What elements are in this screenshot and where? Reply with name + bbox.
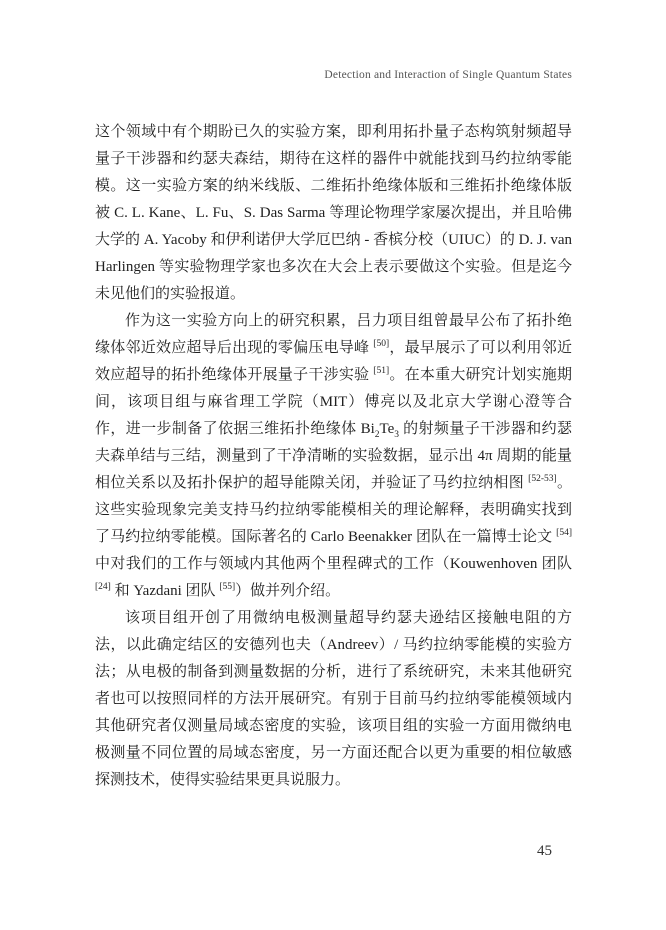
document-page: Detection and Interaction of Single Quan…	[0, 0, 666, 930]
paragraph: 作为这一实验方向上的研究积累，吕力项目组曾最早公布了拓扑绝缘体邻近效应超导后出现…	[95, 308, 572, 605]
text-run: 该项目组开创了用微纳电极测量超导约瑟夫逊结区接触电阻的方法，以此确定结区的安德列…	[95, 610, 572, 788]
citation-superscript: [51]	[373, 366, 389, 376]
text-run: ）做并列介绍。	[235, 583, 340, 599]
running-header: Detection and Interaction of Single Quan…	[95, 69, 572, 81]
text-run: 这个领域中有个期盼已久的实验方案，即利用拓扑量子态构筑射频超导量子干涉器和约瑟夫…	[95, 124, 572, 302]
citation-superscript: [52-53]	[528, 474, 557, 484]
body-text: 这个领域中有个期盼已久的实验方案，即利用拓扑量子态构筑射频超导量子干涉器和约瑟夫…	[95, 119, 572, 794]
paragraph: 这个领域中有个期盼已久的实验方案，即利用拓扑量子态构筑射频超导量子干涉器和约瑟夫…	[95, 119, 572, 308]
citation-superscript: [50]	[373, 339, 389, 349]
citation-superscript: [24]	[95, 582, 111, 592]
text-run: Te	[380, 421, 395, 437]
citation-superscript: [54]	[556, 528, 572, 538]
citation-superscript: [55]	[219, 582, 235, 592]
page-number: 45	[95, 843, 552, 860]
paragraph: 该项目组开创了用微纳电极测量超导约瑟夫逊结区接触电阻的方法，以此确定结区的安德列…	[95, 605, 572, 794]
text-run: 和 Yazdani 团队	[111, 583, 219, 599]
text-run: 中对我们的工作与领域内其他两个里程碑式的工作（Kouwenhoven 团队	[95, 556, 572, 572]
